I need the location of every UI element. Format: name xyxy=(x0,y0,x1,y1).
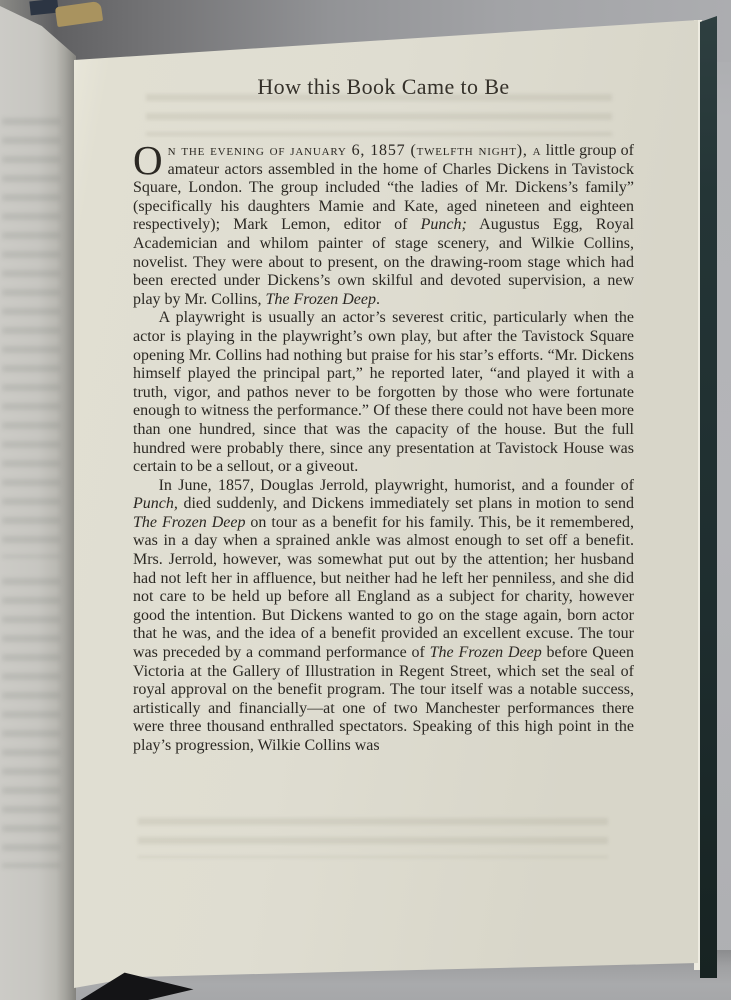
text-run: Punch, xyxy=(133,495,178,512)
text-run: Punch; xyxy=(421,216,467,233)
facing-page-showthrough xyxy=(2,578,60,868)
body-text: On the evening of january 6, 1857 (twelf… xyxy=(133,142,634,756)
paragraph: A playwright is usually an actor’s sever… xyxy=(133,309,634,476)
text-run: A playwright is usually an actor’s sever… xyxy=(133,309,634,475)
facing-page-showthrough xyxy=(2,118,60,558)
text-run: . xyxy=(376,291,380,308)
page-showthrough-bottom xyxy=(138,818,608,858)
book-cover-edge xyxy=(700,16,717,978)
text-run: on tour as a benefit for his family. Thi… xyxy=(133,514,634,661)
text-run: The Frozen Deep xyxy=(133,514,245,531)
text-run: In June, 1857, Douglas Jerrold, playwrig… xyxy=(159,477,634,494)
paragraph: On the evening of january 6, 1857 (twelf… xyxy=(133,142,634,309)
text-run: died suddenly, and Dickens immediately s… xyxy=(178,495,634,512)
paragraph: In June, 1857, Douglas Jerrold, playwrig… xyxy=(133,477,634,756)
book-page: How this Book Came to Be On the evening … xyxy=(74,0,698,1000)
text-run: n the evening of january 6, 1857 (twelft… xyxy=(168,142,542,159)
page-title: How this Book Came to Be xyxy=(133,74,634,100)
text-run: The Frozen Deep xyxy=(265,291,376,308)
text-run: The Frozen Deep xyxy=(430,644,542,661)
drop-cap: O xyxy=(133,142,168,177)
page-showthrough-top xyxy=(146,94,612,136)
